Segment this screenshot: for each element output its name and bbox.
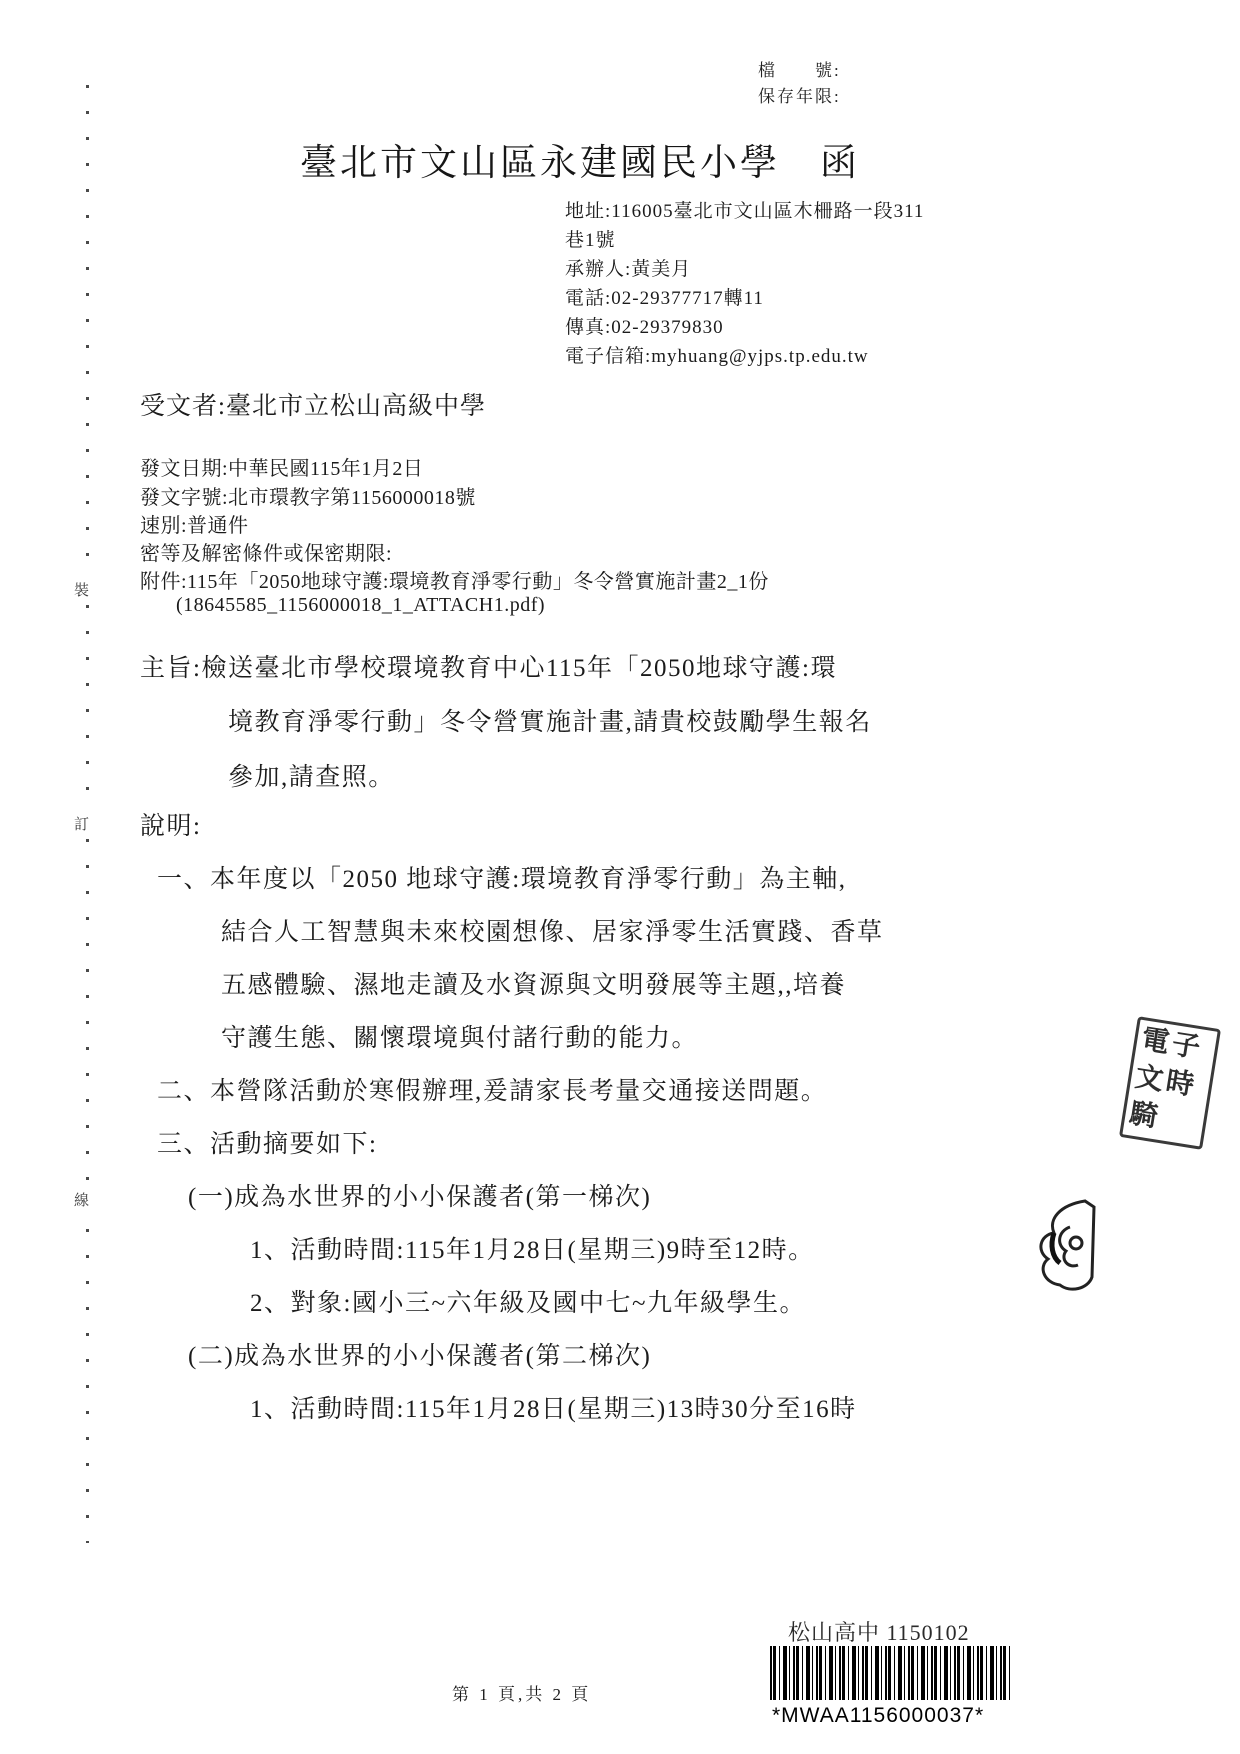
meta-doc-number: 發文字號:北市環教字第1156000018號	[140, 481, 476, 510]
barcode-text: *MWAA1156000037*	[772, 1704, 984, 1728]
recipient-line: 受文者:臺北市立松山高級中學	[140, 386, 486, 422]
body-line: (二)成為水世界的小小保護者(第二梯次)	[188, 1336, 651, 1372]
body-line: 五感體驗、濕地走讀及水資源與文明發展等主題,,培養	[221, 965, 846, 1001]
body-line: 三、活動摘要如下:	[157, 1124, 377, 1160]
meta-attachment-filename: (18645585_1156000018_1_ATTACH1.pdf)	[176, 594, 545, 617]
file-number-label: 檔 號:	[758, 56, 841, 81]
sender-address-line2: 巷1號	[565, 225, 616, 252]
binding-mark-xian: 線	[74, 1186, 89, 1213]
ink-seal-mark	[1030, 1197, 1096, 1297]
body-line: 一、本年度以「2050 地球守護:環境教育淨零行動」為主軸,	[157, 859, 846, 895]
body-line: 守護生態、關懷環境與付諸行動的能力。	[221, 1018, 698, 1054]
subject-line: 境教育淨零行動」冬令營實施計畫,請貴校鼓勵學生報名	[228, 702, 872, 738]
sender-phone: 電話:02-29377717轉11	[565, 283, 764, 310]
body-line: 2、對象:國小三~六年級及國中七~九年級學生。	[250, 1283, 806, 1319]
barcode	[770, 1646, 1013, 1700]
electronic-exchange-stamp: 電子 文時 騎	[1119, 1016, 1221, 1150]
stamp-text-row: 電子	[1139, 1025, 1217, 1067]
official-letter-page: 檔 號: 保存年限: 臺北市文山區永建國民小學 函 地址:116005臺北市文山…	[0, 0, 1240, 1754]
meta-issue-date: 發文日期:中華民國115年1月2日	[140, 452, 423, 481]
sender-address-line1: 地址:116005臺北市文山區木柵路一段311	[565, 196, 924, 223]
retention-period-label: 保存年限:	[758, 82, 841, 107]
sender-email: 電子信箱:myhuang@yjps.tp.edu.tw	[565, 341, 869, 368]
subject-line: 主旨:檢送臺北市學校環境教育中心115年「2050地球守護:環	[140, 648, 837, 684]
meta-security-class: 密等及解密條件或保密期限:	[140, 537, 392, 566]
binding-mark-ding: 訂	[74, 810, 89, 837]
sender-fax: 傳真:02-29379830	[565, 312, 724, 339]
binding-mark-zhuang: 裝	[74, 576, 89, 603]
body-line: 二、本營隊活動於寒假辦理,爰請家長考量交通接送問題。	[157, 1071, 827, 1107]
body-line: 說明:	[140, 806, 201, 842]
body-line: 1、活動時間:115年1月28日(星期三)9時至12時。	[250, 1230, 815, 1266]
meta-attachment: 附件:115年「2050地球守護:環境教育淨零行動」冬令營實施計畫2_1份	[140, 565, 769, 594]
subject-line: 參加,請查照。	[228, 757, 395, 793]
body-line: 結合人工智慧與未來校園想像、居家淨零生活實踐、香草	[221, 912, 884, 948]
sender-officer: 承辦人:黃美月	[565, 254, 691, 281]
meta-speed-class: 速別:普通件	[140, 509, 249, 538]
body-line: (一)成為水世界的小小保護者(第一梯次)	[188, 1177, 651, 1213]
stamp-text-row: 文時	[1133, 1062, 1211, 1104]
body-line: 1、活動時間:115年1月28日(星期三)13時30分至16時	[250, 1389, 857, 1425]
stamp-text-row: 騎	[1127, 1099, 1205, 1141]
receiving-school-code: 松山高中 1150102	[788, 1616, 970, 1647]
page-number: 第 1 頁,共 2 頁	[452, 1680, 591, 1705]
document-title: 臺北市文山區永建國民小學 函	[300, 132, 860, 186]
